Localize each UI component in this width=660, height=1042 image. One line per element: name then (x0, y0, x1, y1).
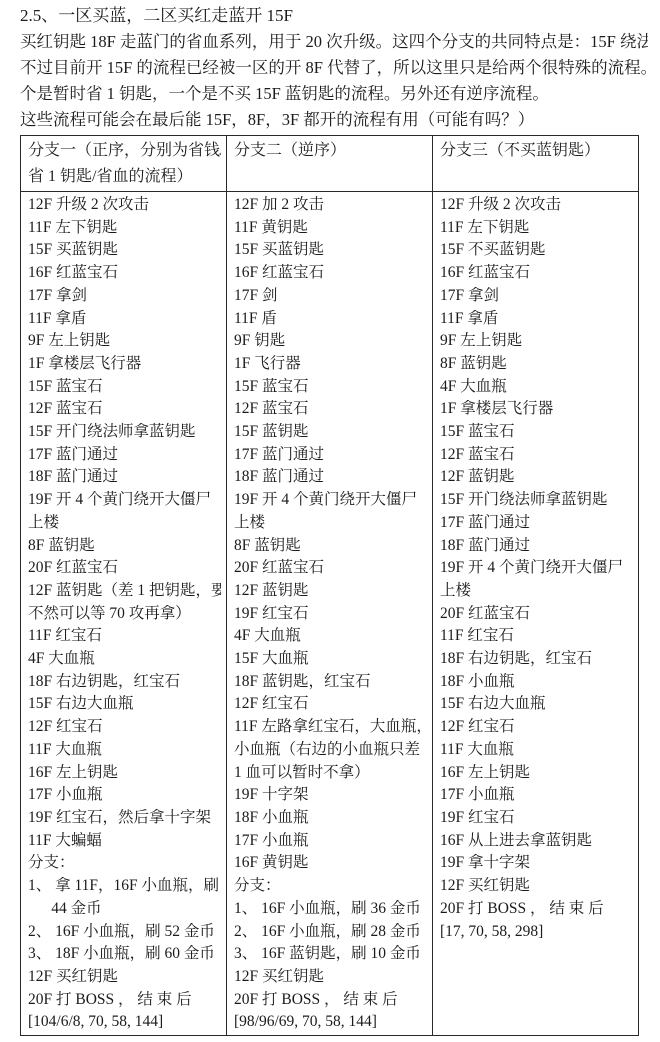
step-line: 20F 打 BOSS ， 结 束 后 (28, 989, 221, 1012)
step-line: 1、 拿 11F，16F 小血瓶，刷 (28, 875, 221, 898)
step-line: 4F 大血瓶 (234, 625, 427, 648)
step-line: 15F 蓝钥匙 (234, 421, 427, 444)
branch1-steps: 12F 升级 2 次攻击11F 左下钥匙15F 买蓝钥匙16F 红蓝宝石17F … (21, 192, 227, 1036)
intro-paragraph: 买红钥匙 18F 走蓝门的省血系列，用于 20 次升级。这四个分支的共同特点是：… (20, 29, 648, 133)
step-line: 12F 升级 2 次攻击 (440, 194, 633, 217)
step-line: 9F 左上钥匙 (28, 330, 221, 353)
step-line: 18F 右边钥匙，红宝石 (440, 648, 633, 671)
step-line: 3、 18F 小血瓶，刷 60 金币 (28, 943, 221, 966)
intro-line: 不过目前开 15F 的流程已经被一区的开 8F 代替了，所以这里只是给两个很特殊… (20, 55, 648, 81)
step-line: 分支： (28, 852, 221, 875)
header-line: 分支一（正序，分别为省钱/ (28, 138, 221, 164)
step-line: 4F 大血瓶 (28, 648, 221, 671)
step-line: 17F 蓝门通过 (28, 444, 221, 467)
step-line: 16F 左上钥匙 (440, 762, 633, 785)
step-line: 18F 小血瓶 (440, 671, 633, 694)
step-line: 15F 蓝宝石 (28, 376, 221, 399)
step-line: 12F 蓝钥匙 (440, 466, 633, 489)
step-line: 11F 黄钥匙 (234, 217, 427, 240)
header-line: 省 1 钥匙/省血的流程） (28, 164, 221, 190)
step-line: 上楼 (28, 512, 221, 535)
step-line: 11F 大血瓶 (440, 739, 633, 762)
step-line: 1、 16F 小血瓶，刷 36 金币 (234, 898, 427, 921)
step-line: 3、 16F 蓝钥匙，刷 10 金币 (234, 943, 427, 966)
step-line: 12F 买红钥匙 (28, 966, 221, 989)
routes-table-body: 12F 升级 2 次攻击11F 左下钥匙15F 买蓝钥匙16F 红蓝宝石17F … (21, 192, 639, 1036)
step-line: 8F 蓝钥匙 (440, 353, 633, 376)
branch3-steps: 12F 升级 2 次攻击11F 左下钥匙15F 不买蓝钥匙16F 红蓝宝石17F… (433, 192, 639, 1036)
routes-table: 分支一（正序，分别为省钱/省 1 钥匙/省血的流程） 分支二（逆序） 分支三（不… (20, 135, 639, 1036)
step-line: 20F 打 BOSS ， 结 束 后 (234, 989, 427, 1012)
step-line: 19F 红宝石，然后拿十字架 (28, 807, 221, 830)
step-line: 1 血可以暂时不拿） (234, 762, 427, 785)
branch3-header: 分支三（不买蓝钥匙） (433, 136, 639, 192)
intro-line: 这些流程可能会在最后能 15F，8F，3F 都开的流程有用（可能有吗？） (20, 107, 648, 133)
step-line: 18F 蓝门通过 (440, 535, 633, 558)
step-line: 17F 蓝门通过 (234, 444, 427, 467)
section-heading: 2.5、一区买蓝，二区买红走蓝开 15F (20, 3, 648, 29)
step-line: 17F 小血瓶 (440, 784, 633, 807)
step-line: 12F 蓝宝石 (440, 444, 633, 467)
step-line: 17F 拿剑 (28, 285, 221, 308)
step-line: [98/96/69, 70, 58, 144] (234, 1011, 427, 1034)
step-line: 12F 蓝钥匙（差 1 把钥匙，要 (28, 580, 221, 603)
document-page: 2.5、一区买蓝，二区买红走蓝开 15F 买红钥匙 18F 走蓝门的省血系列，用… (0, 0, 660, 1036)
step-line: 20F 红蓝宝石 (28, 557, 221, 580)
step-line: 19F 红宝石 (234, 603, 427, 626)
step-line: 20F 打 BOSS ， 结 束 后 (440, 898, 633, 921)
step-line: 19F 开 4 个黄门绕开大僵尸 (28, 489, 221, 512)
header-line: 分支二（逆序） (234, 138, 427, 164)
step-line: 11F 拿盾 (28, 308, 221, 331)
step-line: 17F 小血瓶 (234, 830, 427, 853)
step-line: 12F 买红钥匙 (234, 966, 427, 989)
step-line: 19F 开 4 个黄门绕开大僵尸 (440, 557, 633, 580)
intro-line: 买红钥匙 18F 走蓝门的省血系列，用于 20 次升级。这四个分支的共同特点是：… (20, 29, 648, 55)
routes-table-head: 分支一（正序，分别为省钱/省 1 钥匙/省血的流程） 分支二（逆序） 分支三（不… (21, 136, 639, 192)
step-line: 12F 蓝宝石 (28, 398, 221, 421)
step-line: 8F 蓝钥匙 (28, 535, 221, 558)
step-line: 16F 红蓝宝石 (234, 262, 427, 285)
step-line: [17, 70, 58, 298] (440, 921, 633, 944)
step-line: 15F 右边大血瓶 (440, 693, 633, 716)
step-line: 9F 钥匙 (234, 330, 427, 353)
step-line: 12F 蓝钥匙 (234, 580, 427, 603)
step-line: 上楼 (440, 580, 633, 603)
step-line: 15F 蓝宝石 (234, 376, 427, 399)
step-line: 17F 蓝门通过 (440, 512, 633, 535)
step-line: 1F 拿楼层飞行器 (28, 353, 221, 376)
step-line: 16F 红蓝宝石 (440, 262, 633, 285)
step-line: 8F 蓝钥匙 (234, 535, 427, 558)
step-line: 11F 盾 (234, 308, 427, 331)
step-line: 15F 右边大血瓶 (28, 693, 221, 716)
step-line: 12F 加 2 攻击 (234, 194, 427, 217)
step-line: 11F 拿盾 (440, 308, 633, 331)
step-line: 1F 拿楼层飞行器 (440, 398, 633, 421)
step-line: 15F 买蓝钥匙 (234, 239, 427, 262)
step-line: 16F 从上进去拿蓝钥匙 (440, 830, 633, 853)
step-line: 12F 蓝宝石 (234, 398, 427, 421)
step-line: 12F 红宝石 (28, 716, 221, 739)
branch1-header: 分支一（正序，分别为省钱/省 1 钥匙/省血的流程） (21, 136, 227, 192)
step-line: 18F 右边钥匙，红宝石 (28, 671, 221, 694)
step-line: 19F 十字架 (234, 784, 427, 807)
step-line: 11F 大蝙蝠 (28, 830, 221, 853)
step-line: 9F 左上钥匙 (440, 330, 633, 353)
step-line: 15F 开门绕法师拿蓝钥匙 (28, 421, 221, 444)
step-line: 20F 红蓝宝石 (234, 557, 427, 580)
branch2-header: 分支二（逆序） (227, 136, 433, 192)
step-line: 18F 小血瓶 (234, 807, 427, 830)
step-line: 17F 拿剑 (440, 285, 633, 308)
step-line: 12F 买红钥匙 (440, 875, 633, 898)
branch2-steps: 12F 加 2 攻击11F 黄钥匙15F 买蓝钥匙16F 红蓝宝石17F 剑11… (227, 192, 433, 1036)
step-line: 分支： (234, 875, 427, 898)
header-row: 分支一（正序，分别为省钱/省 1 钥匙/省血的流程） 分支二（逆序） 分支三（不… (21, 136, 639, 192)
step-line: 11F 左下钥匙 (440, 217, 633, 240)
step-line: 11F 左下钥匙 (28, 217, 221, 240)
step-line: 15F 买蓝钥匙 (28, 239, 221, 262)
step-line: 16F 红蓝宝石 (28, 262, 221, 285)
step-line: 19F 开 4 个黄门绕开大僵尸 (234, 489, 427, 512)
step-line: 15F 不买蓝钥匙 (440, 239, 633, 262)
intro-line: 个是暂时省 1 钥匙，一个是不买 15F 蓝钥匙的流程。另外还有逆序流程。 (20, 81, 648, 107)
step-line: 11F 左路拿红宝石，大血瓶， (234, 716, 427, 739)
steps-row: 12F 升级 2 次攻击11F 左下钥匙15F 买蓝钥匙16F 红蓝宝石17F … (21, 192, 639, 1036)
step-line: 16F 黄钥匙 (234, 852, 427, 875)
step-line: 1F 飞行器 (234, 353, 427, 376)
step-line: 19F 红宝石 (440, 807, 633, 830)
step-line: 2、 16F 小血瓶，刷 52 金币 (28, 921, 221, 944)
step-line: 12F 红宝石 (234, 693, 427, 716)
step-line: 不然可以等 70 攻再拿） (28, 603, 221, 626)
step-line: 2、 16F 小血瓶，刷 28 金币 (234, 921, 427, 944)
step-line: 18F 蓝门通过 (28, 466, 221, 489)
step-line: 15F 蓝宝石 (440, 421, 633, 444)
step-line: 17F 小血瓶 (28, 784, 221, 807)
step-line: 4F 大血瓶 (440, 376, 633, 399)
step-line: [104/6/8, 70, 58, 144] (28, 1011, 221, 1034)
step-line: 上楼 (234, 512, 427, 535)
step-line: 19F 拿十字架 (440, 852, 633, 875)
step-line: 15F 开门绕法师拿蓝钥匙 (440, 489, 633, 512)
step-line: 11F 红宝石 (440, 625, 633, 648)
step-line: 44 金币 (28, 898, 221, 921)
step-line: 20F 红蓝宝石 (440, 603, 633, 626)
step-line: 11F 大血瓶 (28, 739, 221, 762)
step-line: 18F 蓝钥匙，红宝石 (234, 671, 427, 694)
step-line: 18F 蓝门通过 (234, 466, 427, 489)
step-line: 16F 左上钥匙 (28, 762, 221, 785)
step-line: 小血瓶（右边的小血瓶只差 (234, 739, 427, 762)
step-line: 12F 升级 2 次攻击 (28, 194, 221, 217)
step-line: 17F 剑 (234, 285, 427, 308)
step-line: 15F 大血瓶 (234, 648, 427, 671)
step-line: 12F 红宝石 (440, 716, 633, 739)
header-line: 分支三（不买蓝钥匙） (440, 138, 633, 164)
step-line: 11F 红宝石 (28, 625, 221, 648)
